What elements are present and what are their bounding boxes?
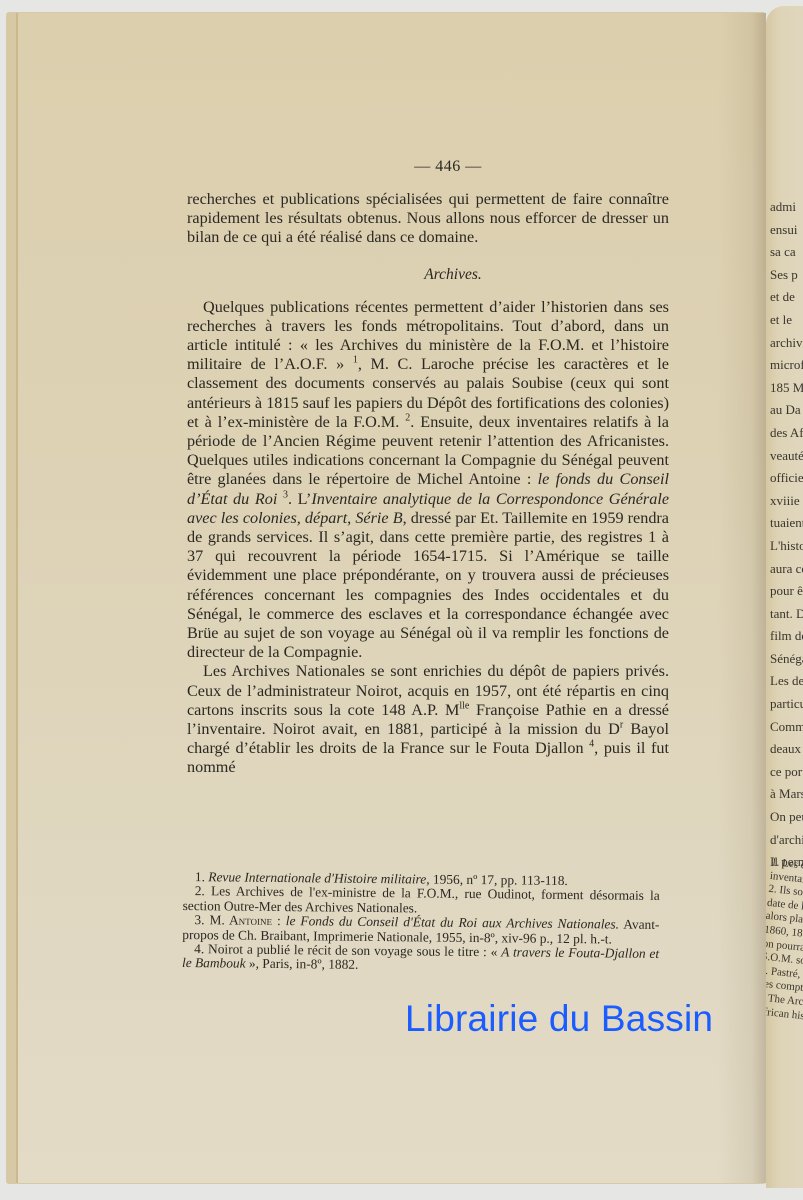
footnote-number: 4. (194, 941, 204, 956)
facing-page-line: au Da (770, 399, 803, 422)
facing-page-line: des Af (770, 422, 803, 445)
facing-page-line: Sénégal (770, 648, 803, 671)
facing-page-line: film des (770, 625, 803, 648)
paragraph-archives-1: Quelques publications récentes permetten… (187, 298, 669, 663)
footnote-text: Les Archives de l'ex-ministre de la F.O.… (183, 884, 660, 916)
footnote-number: 1. (195, 869, 205, 884)
facing-page-line: et de (770, 286, 803, 309)
facing-page-line: d'archives (770, 829, 803, 852)
text-run: , dressé par Et. Taillemite en 1959 rend… (187, 509, 669, 661)
facing-page-line: pour êtr (770, 580, 803, 603)
facing-page-text: admiensuisa caSes pet deet learchivmicro… (770, 196, 803, 874)
footnote-4: 4. Noirot a publié le récit de son voyag… (182, 942, 659, 976)
facing-page-line: Commerc (770, 716, 803, 739)
facing-page-line: aura cep (770, 558, 803, 581)
facing-page-line: microf (770, 354, 803, 377)
facing-page-line: 185 M (770, 377, 803, 400)
page-body: — 446 — recherches et publications spéci… (187, 158, 669, 778)
facing-page-strip: admiensuisa caSes pet deet learchivmicro… (766, 6, 803, 1188)
facing-page-line: ce port e (770, 761, 803, 784)
section-heading: Archives. (187, 266, 669, 284)
facing-page-line: archiv (770, 332, 803, 355)
facing-page-note-line: African histo (766, 1005, 803, 1039)
footnote-number: 2. (195, 884, 205, 899)
facing-page-line: officiels (770, 467, 803, 490)
page-number: — 446 — (187, 158, 669, 176)
superscript: lle (459, 700, 469, 711)
facing-page-line: L'histoi (770, 535, 803, 558)
facing-page-line: On peu (770, 806, 803, 829)
facing-page-line: sa ca (770, 241, 803, 264)
intro-paragraph: recherches et publications spécialisées … (187, 190, 669, 248)
gutter-shadow (718, 13, 766, 1183)
facing-page-line: veauté (770, 445, 803, 468)
facing-page-footnotes: 1. Les doinventaire d2. Ils sontdate de … (766, 856, 803, 1039)
facing-page-line: à Marseill (770, 783, 803, 806)
footnote-text: », Paris, in-8º, 1882. (246, 956, 359, 972)
facing-page-line: Les de (770, 670, 803, 693)
facing-page-line: admi (770, 196, 803, 219)
facing-page-line: Ses p (770, 264, 803, 287)
footnote-author: M. Antoine (209, 912, 272, 928)
watermark-text: Librairie du Bassin (405, 998, 713, 1040)
footnotes: 1. Revue Internationale d'Histoire milit… (182, 870, 660, 976)
facing-page-line: ensui (770, 219, 803, 242)
footnote-number: 3. (194, 912, 204, 927)
facing-page-line: tuaient (770, 512, 803, 535)
text-run: . L’ (288, 490, 311, 508)
paragraph-archives-2: Les Archives Nationales se sont enrichie… (187, 662, 669, 777)
facing-page-line: deaux ca (770, 738, 803, 761)
facing-page-line: xviiie (770, 490, 803, 513)
facing-page-line: et le (770, 309, 803, 332)
facing-page-line: tant. D' (770, 603, 803, 626)
facing-page-line: particuli (770, 693, 803, 716)
footnote-sep: : (272, 913, 286, 928)
